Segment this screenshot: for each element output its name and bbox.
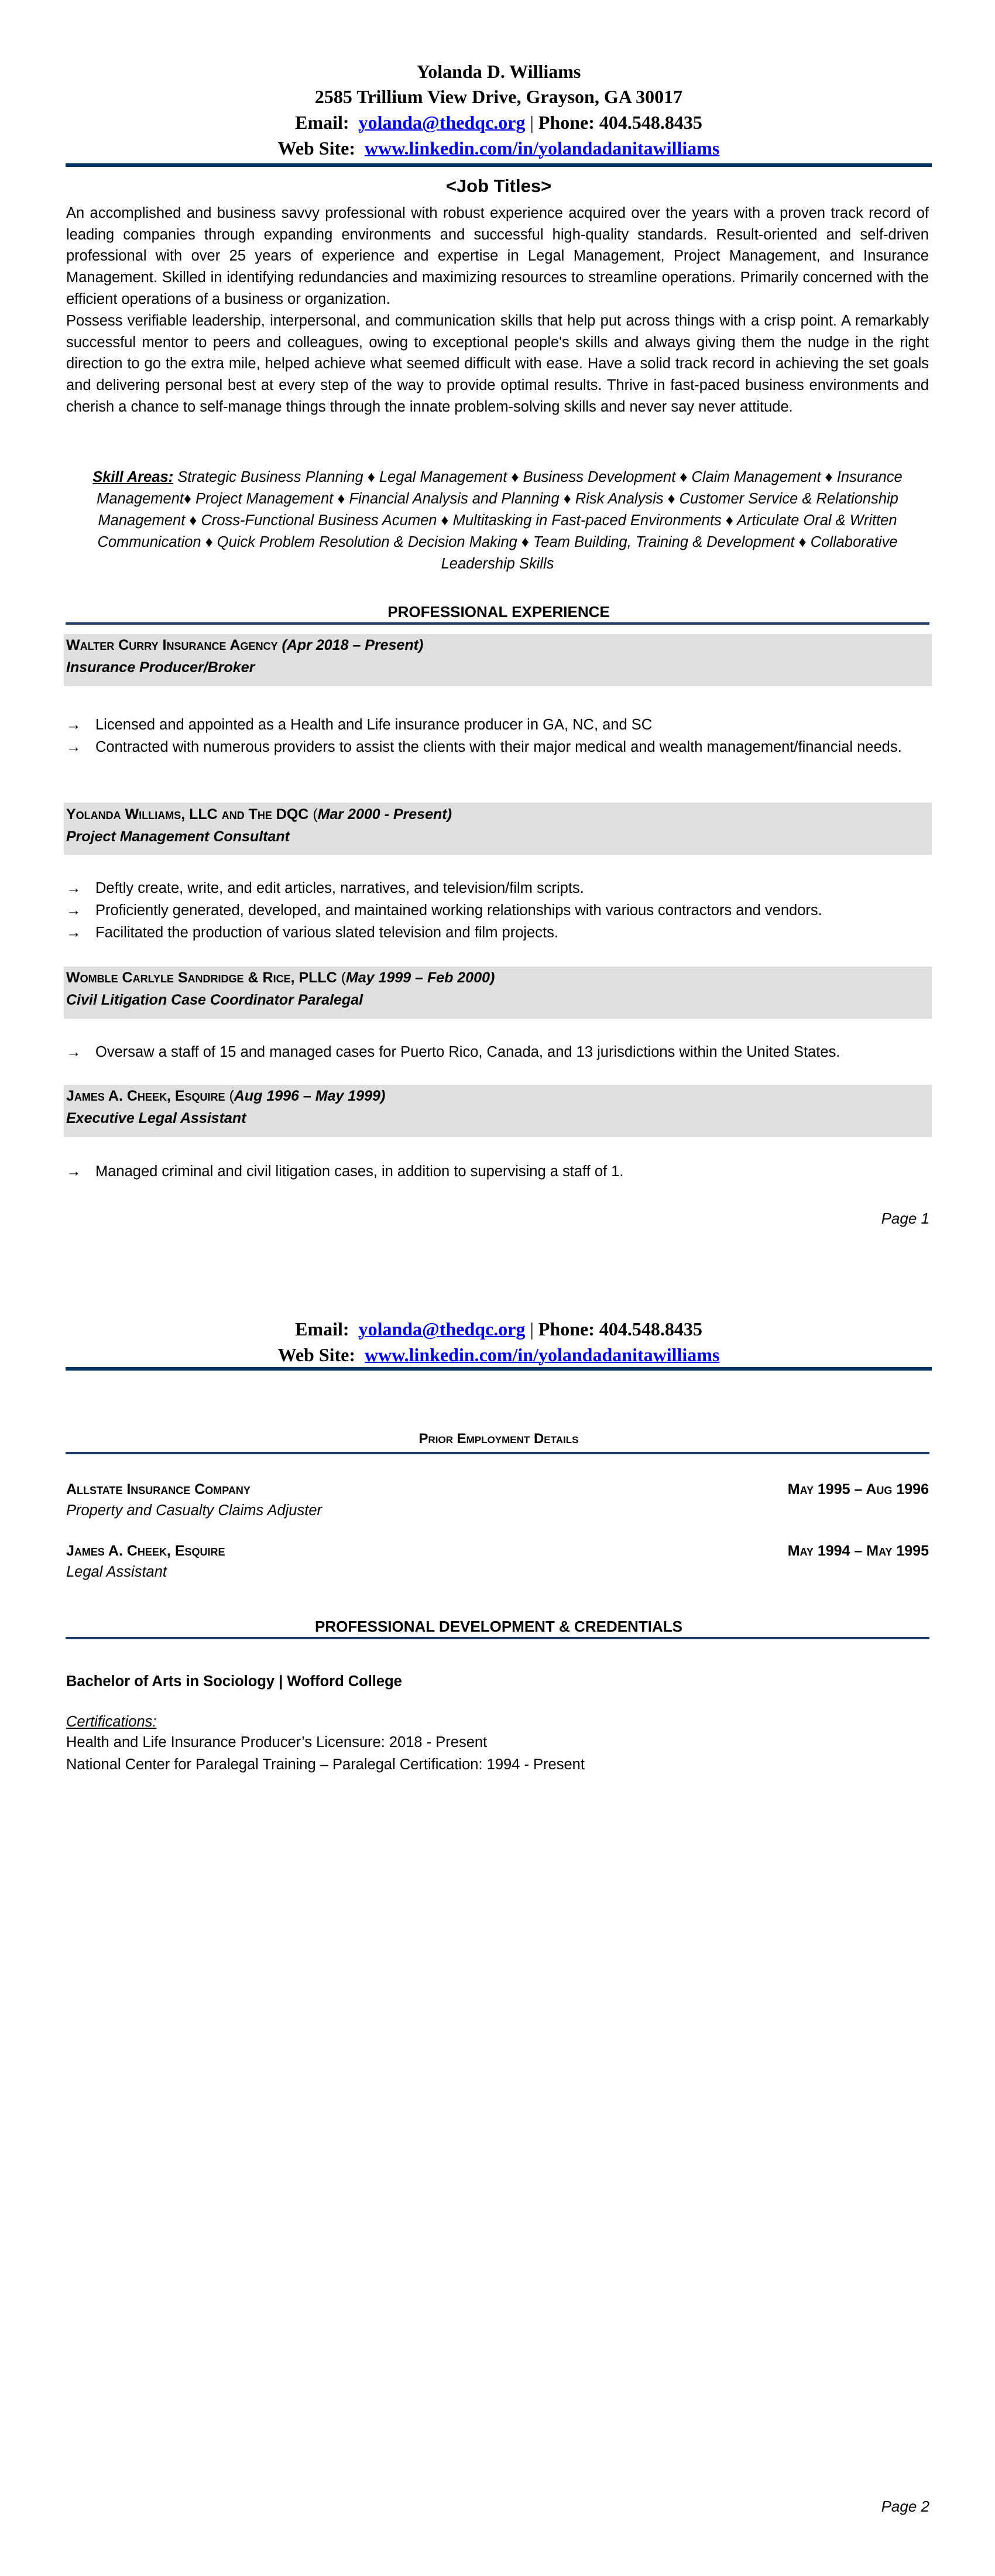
arrow-icon: → bbox=[66, 1041, 81, 1063]
website-label: Web Site: bbox=[278, 138, 355, 159]
job-bullet: → Oversaw a staff of 15 and managed case… bbox=[66, 1041, 929, 1063]
arrow-icon: → bbox=[66, 922, 81, 944]
prior-title: Property and Casualty Claims Adjuster bbox=[66, 1502, 322, 1519]
header-rule bbox=[66, 1367, 932, 1371]
job-dates: May 1999 – Feb 2000) bbox=[346, 970, 495, 986]
job-company: James A. Cheek, Esquire (Aug 1996 – May … bbox=[66, 1088, 385, 1105]
job-title: Project Management Consultant bbox=[66, 828, 290, 845]
summary-paragraph-1: An accomplished and business savvy profe… bbox=[66, 203, 929, 310]
job-dates: (Apr 2018 – Present) bbox=[282, 637, 424, 653]
email-label: Email: bbox=[295, 1318, 349, 1340]
website-line: Web Site: www.linkedin.com/in/yolandadan… bbox=[66, 1343, 932, 1366]
job-bullet: → Proficiently generated, developed, and… bbox=[66, 899, 929, 922]
job-bullet: → Licensed and appointed as a Health and… bbox=[66, 714, 929, 736]
certification-item: National Center for Paralegal Training –… bbox=[66, 1753, 585, 1776]
job-dates: Mar 2000 - Present) bbox=[318, 806, 452, 823]
email-link[interactable]: yolanda@thedqc.org bbox=[359, 112, 526, 133]
contact-line: Email: yolanda@thedqc.org | Phone: 404.5… bbox=[66, 1317, 932, 1341]
job-titles: <Job Titles> bbox=[66, 176, 932, 197]
experience-rule bbox=[66, 622, 929, 625]
job-company: Yolanda Williams, LLC and The DQC (Mar 2… bbox=[66, 806, 452, 823]
header-rule bbox=[66, 163, 932, 167]
section-heading-credentials: PROFESSIONAL DEVELOPMENT & CREDENTIALS bbox=[66, 1618, 932, 1636]
contact-separator: | bbox=[530, 112, 533, 133]
job-bullet: → Deftly create, write, and edit article… bbox=[66, 877, 929, 899]
job-title: Civil Litigation Case Coordinator Parale… bbox=[66, 992, 363, 1009]
email-link[interactable]: yolanda@thedqc.org bbox=[359, 1318, 526, 1340]
job-dates: Aug 1996 – May 1999) bbox=[234, 1088, 385, 1104]
job-company: Womble Carlyle Sandridge & Rice, PLLC (M… bbox=[66, 970, 495, 986]
summary-paragraph-2: Possess verifiable leadership, interpers… bbox=[66, 310, 929, 418]
skill-areas-list: Strategic Business Planning ♦ Legal Mana… bbox=[97, 469, 903, 572]
page-number: Page 1 bbox=[819, 1210, 929, 1228]
page-number: Page 2 bbox=[819, 2498, 929, 2516]
job-title: Executive Legal Assistant bbox=[66, 1110, 246, 1127]
address: 2585 Trillium View Drive, Grayson, GA 30… bbox=[66, 85, 932, 108]
arrow-icon: → bbox=[66, 899, 81, 922]
prior-employment-rule bbox=[66, 1452, 929, 1454]
job-bullet: → Facilitated the production of various … bbox=[66, 922, 929, 944]
contact-line: Email: yolanda@thedqc.org | Phone: 404.5… bbox=[66, 111, 932, 134]
phone: Phone: 404.548.8435 bbox=[538, 112, 702, 133]
phone: Phone: 404.548.8435 bbox=[538, 1318, 702, 1340]
job-title: Insurance Producer/Broker bbox=[66, 659, 255, 676]
certifications-label: Certifications: bbox=[66, 1711, 156, 1733]
candidate-name: Yolanda D. Williams bbox=[66, 60, 932, 83]
section-heading-experience: PROFESSIONAL EXPERIENCE bbox=[66, 603, 932, 621]
arrow-icon: → bbox=[66, 1160, 81, 1183]
degree: Bachelor of Arts in Sociology | Wofford … bbox=[66, 1670, 402, 1693]
job-company: Walter Curry Insurance Agency (Apr 2018 … bbox=[66, 637, 423, 654]
arrow-icon: → bbox=[66, 877, 81, 899]
skill-areas: Skill Areas: Strategic Business Planning… bbox=[66, 467, 929, 575]
credentials-rule bbox=[66, 1637, 929, 1639]
prior-dates: May 1995 – Aug 1996 bbox=[66, 1481, 929, 1498]
arrow-icon: → bbox=[66, 714, 81, 736]
email-label: Email: bbox=[295, 112, 349, 133]
website-line: Web Site: www.linkedin.com/in/yolandadan… bbox=[66, 136, 932, 160]
certification-item: Health and Life Insurance Producer’s Lic… bbox=[66, 1731, 487, 1753]
prior-dates: May 1994 – May 1995 bbox=[66, 1543, 929, 1560]
contact-separator: | bbox=[530, 1318, 533, 1340]
job-bullet: → Managed criminal and civil litigation … bbox=[66, 1160, 929, 1183]
skill-areas-label: Skill Areas: bbox=[92, 469, 173, 485]
arrow-icon: → bbox=[66, 736, 81, 758]
website-label: Web Site: bbox=[278, 1344, 355, 1365]
section-heading-prior-employment: Prior Employment Details bbox=[66, 1431, 932, 1447]
job-bullet: → Contracted with numerous providers to … bbox=[66, 736, 929, 758]
website-link[interactable]: www.linkedin.com/in/yolandadanitawilliam… bbox=[365, 138, 719, 159]
prior-title: Legal Assistant bbox=[66, 1564, 167, 1581]
website-link[interactable]: www.linkedin.com/in/yolandadanitawilliam… bbox=[365, 1344, 719, 1365]
